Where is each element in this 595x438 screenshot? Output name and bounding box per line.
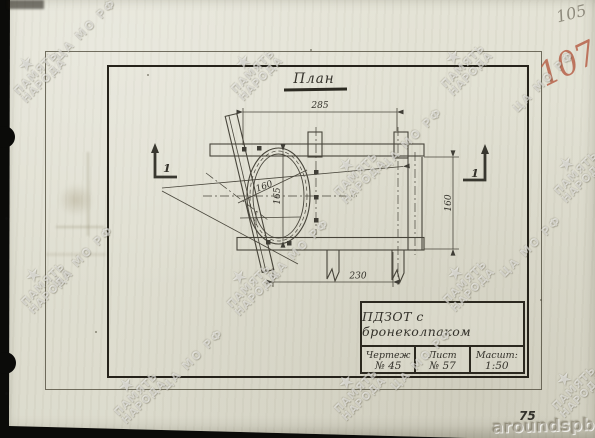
title-block-scale-cell: Масшт: 1:50 [471,347,523,374]
sheet-number-value: № 57 [429,361,456,372]
drawing-number-value: № 45 [375,361,402,372]
section-label-right: 1 [471,166,479,180]
leader-lines [162,167,403,265]
dim-inner-diagonal-label: 160 [255,179,275,194]
plan-view-title: План [283,71,345,87]
scale-label: Масшт: [476,350,518,361]
drawing-number-label: Чертеж [366,350,410,361]
dimension-285 [243,108,397,145]
dim-inner-vertical-label: 165 [273,187,283,204]
section-label-left: 1 [163,161,171,175]
scale-value: 1:50 [485,361,509,372]
title-block-sheet-cell: Лист № 57 [416,347,470,374]
dim-right-label: 160 [444,194,454,211]
dim-top-label: 285 [310,101,328,111]
diagonal-beam [225,114,274,273]
dim-bottom-label: 230 [348,272,366,282]
dimension-230 [273,252,393,287]
sheet-number-label: Лист [428,350,456,361]
title-block: ПДЗОТ с бронеколпаком Чертеж № 45 Лист №… [360,301,525,374]
posts [308,132,422,282]
scan-stage: 285 230 160 165 160 1 1 План ПДЗОТ с бро… [0,0,595,438]
title-block-drawing-cell: Чертеж № 45 [362,347,416,374]
title-block-object-title: ПДЗОТ с бронеколпаком [362,303,523,347]
aroundspb-watermark: aroundspb.ru [492,414,595,437]
